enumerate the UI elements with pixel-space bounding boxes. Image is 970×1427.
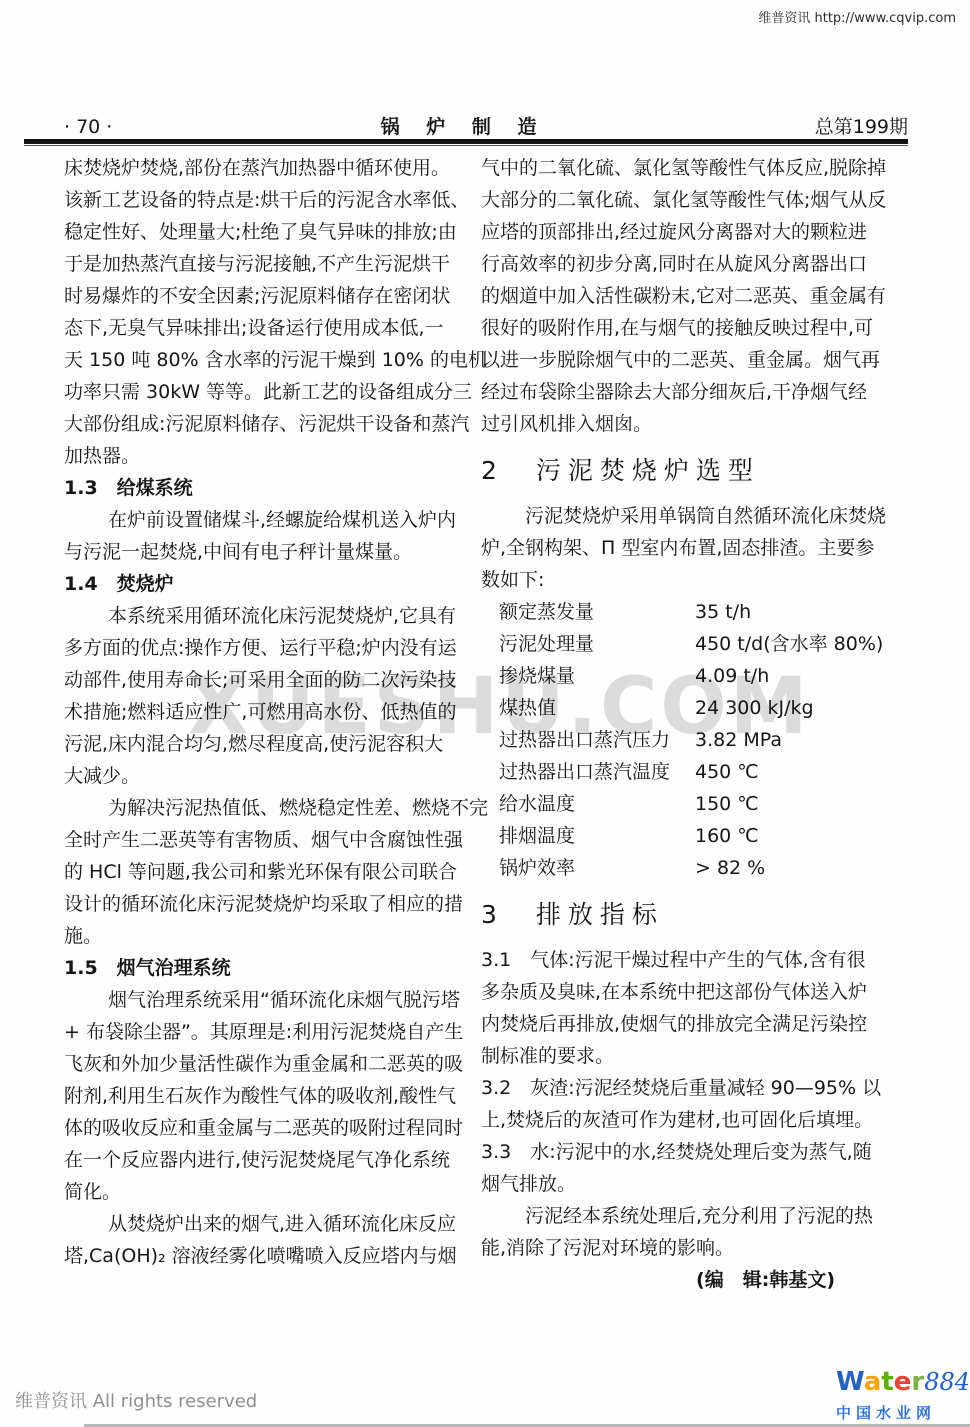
text-line: 施。 xyxy=(64,920,456,952)
text-line: 烟气排放。 xyxy=(481,1168,881,1200)
text-line: 动部件,使用寿命长;可采用全面的防二次污染技 xyxy=(64,664,456,696)
parameter-label: 额定蒸发量 xyxy=(481,596,695,628)
text-line: 附剂,利用生石灰作为酸性气体的吸收剂,酸性气 xyxy=(64,1080,456,1112)
parameter-row: 过热器出口蒸汽温度 450 ℃ xyxy=(481,756,881,788)
logo-letter: t xyxy=(881,1367,893,1397)
parameter-label: 污泥处理量 xyxy=(481,628,695,660)
page-header: · 70 · 锅 炉 制 造 总第199期 xyxy=(64,112,908,139)
text-line: 烟气治理系统采用“循环流化床烟气脱污塔 xyxy=(64,984,456,1016)
text-line: 制标准的要求。 xyxy=(481,1040,881,1072)
parameter-value: 160 ℃ xyxy=(695,820,759,852)
water-letters: Water xyxy=(836,1375,924,1394)
text-line: 本系统采用循环流化床污泥焚烧炉,它具有 xyxy=(64,600,456,632)
parameter-value: > 82 % xyxy=(695,852,765,884)
text-line: 飞灰和外加少量活性碳作为重金属和二恶英的吸 xyxy=(64,1048,456,1080)
text-line: (编 辑:韩基文) xyxy=(481,1264,881,1296)
parameter-list: 额定蒸发量 35 t/h 污泥处理量 450 t/d(含水率 80%) 掺烧煤量… xyxy=(481,596,881,884)
text-line: 从焚烧炉出来的烟气,进入循环流化床反应 xyxy=(64,1208,456,1240)
parameter-label: 煤热值 xyxy=(481,692,695,724)
text-line: 以进一步脱除烟气中的二恶英、重金属。烟气再 xyxy=(481,344,881,376)
cqvip-watermark: 维普资讯 http://www.cqvip.com xyxy=(758,7,956,26)
section-2-paragraph: 污泥焚烧炉采用单锅筒自然循环流化床焚烧 炉,全钢构架、Π 型室内布置,固态排渣。… xyxy=(481,500,881,596)
parameter-label: 掺烧煤量 xyxy=(481,660,695,692)
text-line: 过引风机排入烟囱。 xyxy=(481,408,881,440)
text-line: 天 150 吨 80% 含水率的污泥干燥到 10% 的电机 xyxy=(64,344,456,376)
text-line: 与污泥一起焚烧,中间有电子秤计量煤量。 xyxy=(64,536,456,568)
text-line: 数如下: xyxy=(481,564,881,596)
text-line: 很好的吸附作用,在与烟气的接触反映过程中,可 xyxy=(481,312,881,344)
text-line: 内焚烧后再排放,使烟气的排放完全满足污染控 xyxy=(481,1008,881,1040)
logo-letter: r xyxy=(911,1367,924,1397)
text-line: 为解决污泥热值低、燃烧稳定性差、燃烧不完 xyxy=(64,792,456,824)
logo-letter: e xyxy=(894,1367,912,1397)
text-line: 稳定性好、处理量大;杜绝了臭气异味的排放;由 xyxy=(64,216,456,248)
water8848-logo: Water8848.com 中国水业网 xyxy=(836,1369,964,1423)
text-line: 设计的循环流化床污泥焚烧炉均采取了相应的措 xyxy=(64,888,456,920)
text-line: 塔,Ca(OH)₂ 溶液经雾化喷嘴喷入反应塔内与烟 xyxy=(64,1240,456,1272)
text-line: 1.5 烟气治理系统 xyxy=(64,952,456,984)
logo-number: 8848 xyxy=(924,1368,970,1396)
left-column: 床焚烧炉焚烧,部份在蒸汽加热器中循环使用。 该新工艺设备的特点是:烘干后的污泥含… xyxy=(64,152,456,1272)
parameter-label: 过热器出口蒸汽压力 xyxy=(481,724,695,756)
text-line: 上,焚烧后的灰渣可作为建材,也可固化后填埋。 xyxy=(481,1104,881,1136)
text-line: 大部份组成:污泥原料储存、污泥烘干设备和蒸汽 xyxy=(64,408,456,440)
parameter-row: 锅炉效率 > 82 % xyxy=(481,852,881,884)
text-line: 功率只需 30kW 等等。此新工艺的设备组成分三 xyxy=(64,376,456,408)
header-rule xyxy=(24,139,908,144)
parameter-row: 过热器出口蒸汽压力 3.82 MPa xyxy=(481,724,881,756)
parameter-value: 3.82 MPa xyxy=(695,724,782,756)
text-line: + 布袋除尘器”。其原理是:利用污泥焚烧自产生 xyxy=(64,1016,456,1048)
text-line: 全时产生二恶英等有害物质、烟气中含腐蚀性强 xyxy=(64,824,456,856)
text-line: 炉,全钢构架、Π 型室内布置,固态排渣。主要参 xyxy=(481,532,881,564)
text-line: 应塔的顶部排出,经过旋风分离器对大的颗粒进 xyxy=(481,216,881,248)
text-line: 3.2 灰渣:污泥经焚烧后重量减轻 90—95% 以 xyxy=(481,1072,881,1104)
issue-number: 总第199期 xyxy=(815,112,908,139)
parameter-row: 污泥处理量 450 t/d(含水率 80%) xyxy=(481,628,881,660)
text-line: 于是加热蒸汽直接与污泥接触,不产生污泥烘干 xyxy=(64,248,456,280)
text-line: 行高效率的初步分离,同时在从旋风分离器出口 xyxy=(481,248,881,280)
text-line: 大减少。 xyxy=(64,760,456,792)
text-line: 污泥焚烧炉采用单锅筒自然循环流化床焚烧 xyxy=(481,500,881,532)
water8848-wordmark: Water8848.com xyxy=(836,1369,964,1401)
text-line: 该新工艺设备的特点是:烘干后的污泥含水率低、 xyxy=(64,184,456,216)
parameter-row: 额定蒸发量 35 t/h xyxy=(481,596,881,628)
parameter-label: 给水温度 xyxy=(481,788,695,820)
parameter-value: 24 300 kJ/kg xyxy=(695,692,814,724)
text-line: 床焚烧炉焚烧,部份在蒸汽加热器中循环使用。 xyxy=(64,152,456,184)
text-line: 3.3 水:污泥中的水,经焚烧处理后变为蒸气,随 xyxy=(481,1136,881,1168)
text-line: 1.3 给煤系统 xyxy=(64,472,456,504)
text-line: 气中的二氧化硫、氯化氢等酸性气体反应,脱除掉 xyxy=(481,152,881,184)
text-line: 能,消除了污泥对环境的影响。 xyxy=(481,1232,881,1264)
parameter-label: 过热器出口蒸汽温度 xyxy=(481,756,695,788)
text-line: 时易爆炸的不安全因素;污泥原料储存在密闭状 xyxy=(64,280,456,312)
logo-letter: a xyxy=(864,1367,882,1397)
text-line: 大部分的二氧化硫、氯化氢等酸性气体;烟气从反 xyxy=(481,184,881,216)
right-paragraph-1: 气中的二氧化硫、氯化氢等酸性气体反应,脱除掉 大部分的二氧化硫、氯化氢等酸性气体… xyxy=(481,152,881,440)
logo-subtitle: 中国水业网 xyxy=(836,1402,964,1423)
logo-letter: W xyxy=(836,1367,864,1397)
text-line: 多杂质及臭味,在本系统中把这部份气体送入炉 xyxy=(481,976,881,1008)
text-line: 污泥经本系统处理后,充分利用了污泥的热 xyxy=(481,1200,881,1232)
document-page: 维普资讯 http://www.cqvip.com · 70 · 锅 炉 制 造… xyxy=(0,0,970,1427)
parameter-row: 排烟温度 160 ℃ xyxy=(481,820,881,852)
text-line: 的 HCl 等问题,我公司和紫光环保有限公司联合 xyxy=(64,856,456,888)
right-column: 气中的二氧化硫、氯化氢等酸性气体反应,脱除掉 大部分的二氧化硫、氯化氢等酸性气体… xyxy=(481,152,881,1296)
parameter-value: 450 t/d(含水率 80%) xyxy=(695,628,883,660)
text-line: 3.1 气体:污泥干燥过程中产生的气体,含有很 xyxy=(481,944,881,976)
journal-title: 锅 炉 制 造 xyxy=(381,112,547,139)
parameter-value: 4.09 t/h xyxy=(695,660,769,692)
text-line: 1.4 焚烧炉 xyxy=(64,568,456,600)
text-line: 的烟道中加入活性碳粉末,它对二恶英、重金属有 xyxy=(481,280,881,312)
parameter-value: 35 t/h xyxy=(695,596,751,628)
text-line: 在一个反应器内进行,使污泥焚烧尾气净化系统 xyxy=(64,1144,456,1176)
section-2-heading: 2 污泥焚烧炉选型 xyxy=(481,452,881,490)
parameter-label: 锅炉效率 xyxy=(481,852,695,884)
text-line: 术措施;燃料适应性广,可燃用高水份、低热值的 xyxy=(64,696,456,728)
text-line: 加热器。 xyxy=(64,440,456,472)
text-line: 污泥,床内混合均匀,燃尽程度高,使污泥容积大 xyxy=(64,728,456,760)
parameter-row: 煤热值 24 300 kJ/kg xyxy=(481,692,881,724)
text-line: 态下,无臭气异味排出;设备运行使用成本低,一 xyxy=(64,312,456,344)
parameter-value: 150 ℃ xyxy=(695,788,759,820)
section-3-heading: 3 排放指标 xyxy=(481,896,881,934)
text-line: 经过布袋除尘器除去大部分细灰后,干净烟气经 xyxy=(481,376,881,408)
text-line: 在炉前设置储煤斗,经螺旋给煤机送入炉内 xyxy=(64,504,456,536)
page-number: · 70 · xyxy=(64,116,112,138)
parameter-row: 给水温度 150 ℃ xyxy=(481,788,881,820)
text-line: 多方面的优点:操作方便、运行平稳;炉内没有运 xyxy=(64,632,456,664)
parameter-value: 450 ℃ xyxy=(695,756,759,788)
section-3-paragraphs: 3.1 气体:污泥干燥过程中产生的气体,含有很 多杂质及臭味,在本系统中把这部份… xyxy=(481,944,881,1296)
text-line: 简化。 xyxy=(64,1176,456,1208)
parameter-row: 掺烧煤量 4.09 t/h xyxy=(481,660,881,692)
text-line: 体的吸收反应和重金属与二恶英的吸附过程同时 xyxy=(64,1112,456,1144)
footer-copyright: 维普资讯 All rights reserved xyxy=(15,1387,257,1413)
parameter-label: 排烟温度 xyxy=(481,820,695,852)
